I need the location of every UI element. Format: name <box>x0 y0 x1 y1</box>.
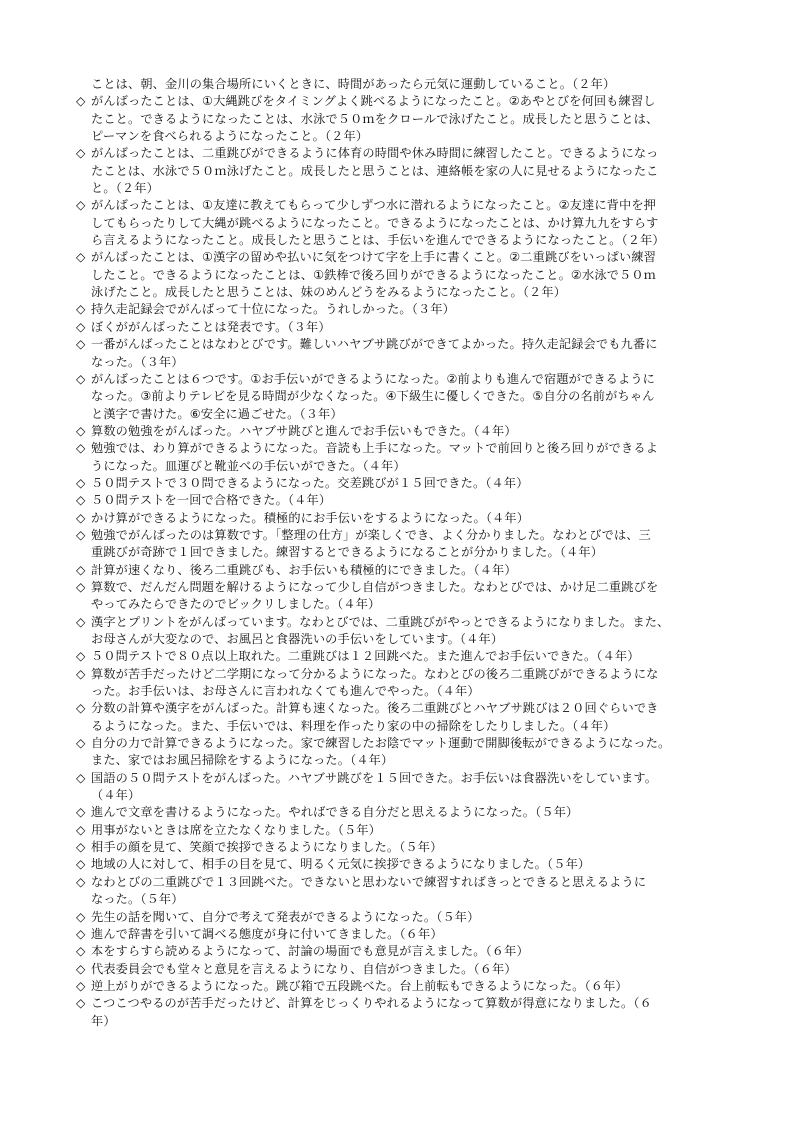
list-item-first-line: ◇一番がんばったことはなわとびです。難しいハヤブサ跳びができてよかった。持久走記… <box>76 336 726 353</box>
list-item-first-line: ◇用事がないときは席を立たなくなりました。（５年） <box>76 822 726 839</box>
list-item-text: 漢字とプリントをがんばっています。なわとびでは、二重跳びがやっとできるようになり… <box>91 615 669 629</box>
list-item: ◇相手の顔を見て、笑顔で挨拶できるようになりました。（５年） <box>76 839 726 856</box>
diamond-bullet-icon: ◇ <box>76 319 91 336</box>
list-item-first-line: ◇先生の話を聞いて、自分で考えて発表ができるようになった。（５年） <box>76 909 726 926</box>
list-item-text: 逆上がりができるようになった。跳び箱で五段跳べた。台上前転もできるようになった。… <box>91 979 628 993</box>
list-item-continuation: また、家ではお風呂掃除をするようになった。（４年） <box>76 752 726 769</box>
list-item-continuation: 泳げたこと。成長したと思うことは、妹のめんどうをみるようになったこと。（２年） <box>76 284 726 301</box>
diamond-bullet-icon: ◇ <box>76 926 91 943</box>
list-item-text: 相手の顔を見て、笑顔で挨拶できるようになりました。（５年） <box>91 840 442 854</box>
list-item-first-line: ◇分数の計算や漢字をがんばった。計算も速くなった。後ろ二重跳びとハヤブサ跳びは２… <box>76 700 726 717</box>
list-item-continuation: （４年） <box>76 787 726 804</box>
list-item-continuation: したこと。できるようになったことは、①鉄棒で後ろ回りができるようになったこと。②… <box>76 267 726 284</box>
list-item-first-line: ◇国語の５０問テストをがんばった。ハヤブサ跳びを１５回できた。お手伝いは食器洗い… <box>76 770 726 787</box>
document-page: ことは、朝、金川の集合場所にいくときに、時間があったら元気に運動していること。（… <box>76 76 726 1030</box>
list-item-text: がんばったことは、①大縄跳びをタイミングよく跳べるようになったこと。②あやとびを… <box>91 94 656 108</box>
list-item-text: 国語の５０問テストをがんばった。ハヤブサ跳びを１５回できた。お手伝いは食器洗いを… <box>91 771 657 785</box>
list-item-first-line: ◇代表委員会でも堂々と意見を言えるようになり、自信がつきました。（６年） <box>76 961 726 978</box>
list-item-first-line: ◇がんばったことは、①大縄跳びをタイミングよく跳べるようになったこと。②あやとび… <box>76 93 726 110</box>
list-item-first-line: ◇本をすらすら読めるようになって、討論の場面でも意見が言えました。（６年） <box>76 943 726 960</box>
list-item-continuation: ピーマンを食べられるようになったこと。（２年） <box>76 128 726 145</box>
list-item: ◇勉強でがんばったのは算数です。「整理の仕方」が楽しくでき、よく分かりました。な… <box>76 527 726 562</box>
list-item-first-line: ◇算数の勉強をがんばった。ハヤブサ跳びと進んでお手伝いもできた。（４年） <box>76 423 726 440</box>
list-item-first-line: ◇計算が速くなり、後ろ二重跳びも、お手伝いも積極的にできました。（４年） <box>76 562 726 579</box>
list-item: ◇逆上がりができるようになった。跳び箱で五段跳べた。台上前転もできるようになった… <box>76 978 726 995</box>
list-item-text: 地域の人に対して、相手の目を見て、明るく元気に挨拶できるようになりました。（５年… <box>91 857 590 871</box>
list-item-text: がんばったことは、①漢字の留めや払いに気をつけて字を上手に書くこと。②二重跳びを… <box>91 250 656 264</box>
list-item-first-line: ◇５０問テストで３０問できるようになった。交差跳びが１５回できた。（４年） <box>76 475 726 492</box>
list-item-first-line: ◇ぼくががんばったことは発表です。（３年） <box>76 319 726 336</box>
diamond-bullet-icon: ◇ <box>76 510 91 527</box>
list-item-text: ５０問テストで８０点以上取れた。二重跳びは１２回跳べた。また進んでお手伝いできた… <box>91 649 640 663</box>
list-item-text: 本をすらすら読めるようになって、討論の場面でも意見が言えました。（６年） <box>91 944 529 958</box>
list-item-text: 一番がんばったことはなわとびです。難しいハヤブサ跳びができてよかった。持久走記録… <box>91 337 658 351</box>
list-item: ◇計算が速くなり、後ろ二重跳びも、お手伝いも積極的にできました。（４年） <box>76 562 726 579</box>
diamond-bullet-icon: ◇ <box>76 527 91 544</box>
list-item-continuation: ら言えるようになったこと。成長したと思うことは、手伝いを進んでできるようになった… <box>76 232 726 249</box>
list-item-continuation: たことは、水泳で５０ｍ泳げたこと。成長したと思うことは、連絡帳を家の人に見せるよ… <box>76 163 726 180</box>
diamond-bullet-icon: ◇ <box>76 336 91 353</box>
list-item-first-line: ◇がんばったことは６つです。①お手伝いができるようになった。②前よりも進んで宿題… <box>76 371 726 388</box>
list-item-text: かけ算ができるようになった。積極的にお手伝いをするようになった。（４年） <box>91 511 529 525</box>
list-item: ◇一番がんばったことはなわとびです。難しいハヤブサ跳びができてよかった。持久走記… <box>76 336 726 371</box>
list-item-first-line: ◇逆上がりができるようになった。跳び箱で五段跳べた。台上前転もできるようになった… <box>76 978 726 995</box>
list-item-continuation: るようになった。また、手伝いでは、料理を作ったり家の中の掃除をしたりしました。（… <box>76 718 726 735</box>
list-item: ◇地域の人に対して、相手の目を見て、明るく元気に挨拶できるようになりました。（５… <box>76 856 726 873</box>
list-item-first-line: ◇勉強でがんばったのは算数です。「整理の仕方」が楽しくでき、よく分かりました。な… <box>76 527 726 544</box>
list-item-continuation: った。お手伝いは、お母さんに言われなくても進んでやった。（４年） <box>76 683 726 700</box>
list-item-continuation: なった。（５年） <box>76 891 726 908</box>
diamond-bullet-icon: ◇ <box>76 197 91 214</box>
list-item: ◇がんばったことは、①漢字の留めや払いに気をつけて字を上手に書くこと。②二重跳び… <box>76 249 726 301</box>
list-item-continuation: してもらったりして大縄が跳べるようになったこと。できるようになったことは、かけ算… <box>76 215 726 232</box>
list-item: ◇自分の力で計算できるようになった。家で練習したお陰でマット運動で開脚後転ができ… <box>76 735 726 770</box>
diamond-bullet-icon: ◇ <box>76 943 91 960</box>
diamond-bullet-icon: ◇ <box>76 822 91 839</box>
diamond-bullet-icon: ◇ <box>76 93 91 110</box>
list-item: ◇がんばったことは、①友達に教えてもらって少しずつ水に潜れるようになったこと。②… <box>76 197 726 249</box>
list-item-text: 勉強でがんばったのは算数です。「整理の仕方」が楽しくでき、よく分かりました。なわ… <box>91 528 651 542</box>
diamond-bullet-icon: ◇ <box>76 856 91 873</box>
list-item-text: 勉強では、わり算ができるようになった。音読も上手になった。マットで前回りと後ろ回… <box>91 441 658 455</box>
list-item-continuation: お母さんが大変なので、お風呂と食器洗いの手伝いをしています。（４年） <box>76 631 726 648</box>
list-item-text: がんばったことは６つです。①お手伝いができるようになった。②前よりも進んで宿題が… <box>91 372 655 386</box>
list-item-first-line: ◇勉強では、わり算ができるようになった。音読も上手になった。マットで前回りと後ろ… <box>76 440 726 457</box>
list-item: ◇持久走記録会でがんばって十位になった。うれしかった。（３年） <box>76 301 726 318</box>
list-item-first-line: ◇がんばったことは、二重跳びができるように体育の時間や休み時間に練習したこと。で… <box>76 145 726 162</box>
list-item: ◇国語の５０問テストをがんばった。ハヤブサ跳びを１５回できた。お手伝いは食器洗い… <box>76 770 726 805</box>
diamond-bullet-icon: ◇ <box>76 440 91 457</box>
list-item: ◇かけ算ができるようになった。積極的にお手伝いをするようになった。（４年） <box>76 510 726 527</box>
list-item-text: ぼくががんばったことは発表です。（３年） <box>91 320 331 334</box>
list-item-text: 算数で、だんだん問題を解けるようになって少し自信がつきました。なわとびでは、かけ… <box>91 580 658 594</box>
carryover-line: ことは、朝、金川の集合場所にいくときに、時間があったら元気に運動していること。（… <box>76 76 726 93</box>
list-item: ◇５０問テストで３０問できるようになった。交差跳びが１５回できた。（４年） <box>76 475 726 492</box>
list-item-first-line: ◇算数が苦手だったけど二学期になって分かるようになった。なわとびの後ろ二重跳びが… <box>76 666 726 683</box>
diamond-bullet-icon: ◇ <box>76 770 91 787</box>
list-item-text: 進んで辞書を引いて調べる態度が身に付いてきました。（６年） <box>91 927 443 941</box>
list-item: ◇算数で、だんだん問題を解けるようになって少し自信がつきました。なわとびでは、か… <box>76 579 726 614</box>
diamond-bullet-icon: ◇ <box>76 648 91 665</box>
list-item-first-line: ◇漢字とプリントをがんばっています。なわとびでは、二重跳びがやっとできるようにな… <box>76 614 726 631</box>
list-item-first-line: ◇相手の顔を見て、笑顔で挨拶できるようになりました。（５年） <box>76 839 726 856</box>
list-item: ◇がんばったことは、二重跳びができるように体育の時間や休み時間に練習したこと。で… <box>76 145 726 197</box>
list-item: ◇ぼくががんばったことは発表です。（３年） <box>76 319 726 336</box>
diamond-bullet-icon: ◇ <box>76 371 91 388</box>
list-item-text: 持久走記録会でがんばって十位になった。うれしかった。（３年） <box>91 302 455 316</box>
list-item-first-line: ◇自分の力で計算できるようになった。家で練習したお陰でマット運動で開脚後転ができ… <box>76 735 726 752</box>
diamond-bullet-icon: ◇ <box>76 301 91 318</box>
list-item-text: 先生の話を聞いて、自分で考えて発表ができるようになった。（５年） <box>91 910 479 924</box>
list-item-text: ５０問テストを一回で合格できた。（４年） <box>91 493 331 507</box>
diamond-bullet-icon: ◇ <box>76 475 91 492</box>
diamond-bullet-icon: ◇ <box>76 874 91 891</box>
list-item: ◇進んで文章を書けるようになった。やればできる自分だと思えるようになった。（５年… <box>76 804 726 821</box>
list-item-first-line: ◇かけ算ができるようになった。積極的にお手伝いをするようになった。（４年） <box>76 510 726 527</box>
list-item-continuation: 年） <box>76 1013 726 1030</box>
diamond-bullet-icon: ◇ <box>76 909 91 926</box>
list-item: ◇こつこつやるのが苦手だったけど、計算をじっくりやれるようになって算数が得意にな… <box>76 995 726 1030</box>
list-item: ◇５０問テストを一回で合格できた。（４年） <box>76 492 726 509</box>
list-item-continuation: たこと。できるようになったことは、水泳で５０ｍをクロールで泳げたこと。成長したと… <box>76 111 726 128</box>
list-item-text: 代表委員会でも堂々と意見を言えるようになり、自信がつきました。（６年） <box>91 962 517 976</box>
list-item-continuation: やってみたらできたのでビックリしました。（４年） <box>76 596 726 613</box>
diamond-bullet-icon: ◇ <box>76 995 91 1012</box>
list-item-continuation: なった。③前よりテレビを見る時間が少なくなった。④下級生に優しくできた。⑤自分の… <box>76 388 726 405</box>
list-item: ◇進んで辞書を引いて調べる態度が身に付いてきました。（６年） <box>76 926 726 943</box>
list-item-continuation: 重跳びが奇跡で１回できました。練習するとできるようになることが分かりました。（４… <box>76 544 726 561</box>
list-item-first-line: ◇こつこつやるのが苦手だったけど、計算をじっくりやれるようになって算数が得意にな… <box>76 995 726 1012</box>
list-item: ◇代表委員会でも堂々と意見を言えるようになり、自信がつきました。（６年） <box>76 961 726 978</box>
diamond-bullet-icon: ◇ <box>76 145 91 162</box>
list-item: ◇がんばったことは６つです。①お手伝いができるようになった。②前よりも進んで宿題… <box>76 371 726 423</box>
list-item-text: 分数の計算や漢字をがんばった。計算も速くなった。後ろ二重跳びとハヤブサ跳びは２０… <box>91 701 659 715</box>
list-item: ◇算数の勉強をがんばった。ハヤブサ跳びと進んでお手伝いもできた。（４年） <box>76 423 726 440</box>
list-item-first-line: ◇地域の人に対して、相手の目を見て、明るく元気に挨拶できるようになりました。（５… <box>76 856 726 873</box>
list-item: ◇本をすらすら読めるようになって、討論の場面でも意見が言えました。（６年） <box>76 943 726 960</box>
list-item: ◇勉強では、わり算ができるようになった。音読も上手になった。マットで前回りと後ろ… <box>76 440 726 475</box>
list-item-first-line: ◇算数で、だんだん問題を解けるようになって少し自信がつきました。なわとびでは、か… <box>76 579 726 596</box>
list-item-first-line: ◇５０問テストで８０点以上取れた。二重跳びは１２回跳べた。また進んでお手伝いでき… <box>76 648 726 665</box>
list-item-text: 進んで文章を書けるようになった。やればできる自分だと思えるようになった。（５年） <box>91 805 578 819</box>
list-item-text: がんばったことは、二重跳びができるように体育の時間や休み時間に練習したこと。でき… <box>91 146 659 160</box>
list-item-text: 算数の勉強をがんばった。ハヤブサ跳びと進んでお手伝いもできた。（４年） <box>91 424 517 438</box>
diamond-bullet-icon: ◇ <box>76 579 91 596</box>
list-item: ◇がんばったことは、①大縄跳びをタイミングよく跳べるようになったこと。②あやとび… <box>76 93 726 145</box>
list-item-text: がんばったことは、①友達に教えてもらって少しずつ水に潜れるようになったこと。②友… <box>91 198 656 212</box>
list-item-continuation: と。（２年） <box>76 180 726 197</box>
list-item-first-line: ◇がんばったことは、①友達に教えてもらって少しずつ水に潜れるようになったこと。②… <box>76 197 726 214</box>
list-item: ◇５０問テストで８０点以上取れた。二重跳びは１２回跳べた。また進んでお手伝いでき… <box>76 648 726 665</box>
diamond-bullet-icon: ◇ <box>76 492 91 509</box>
list-item-text: 自分の力で計算できるようになった。家で練習したお陰でマット運動で開脚後転ができる… <box>91 736 670 750</box>
diamond-bullet-icon: ◇ <box>76 735 91 752</box>
list-item: ◇用事がないときは席を立たなくなりました。（５年） <box>76 822 726 839</box>
list-item: ◇先生の話を聞いて、自分で考えて発表ができるようになった。（５年） <box>76 909 726 926</box>
list-item: ◇なわとびの二重跳びで１３回跳べた。できないと思わないで練習すればきっとできると… <box>76 874 726 909</box>
list-item-continuation: と漢字で書けた。⑥安全に過ごせた。（３年） <box>76 406 726 423</box>
list-item-first-line: ◇進んで文章を書けるようになった。やればできる自分だと思えるようになった。（５年… <box>76 804 726 821</box>
diamond-bullet-icon: ◇ <box>76 423 91 440</box>
list-item-first-line: ◇がんばったことは、①漢字の留めや払いに気をつけて字を上手に書くこと。②二重跳び… <box>76 249 726 266</box>
diamond-bullet-icon: ◇ <box>76 804 91 821</box>
list-item: ◇漢字とプリントをがんばっています。なわとびでは、二重跳びがやっとできるようにな… <box>76 614 726 649</box>
list-item-first-line: ◇持久走記録会でがんばって十位になった。うれしかった。（３年） <box>76 301 726 318</box>
list-item-continuation: なった。（３年） <box>76 354 726 371</box>
diamond-bullet-icon: ◇ <box>76 562 91 579</box>
list-item-text: こつこつやるのが苦手だったけど、計算をじっくりやれるようになって算数が得意になり… <box>91 996 652 1010</box>
diamond-bullet-icon: ◇ <box>76 249 91 266</box>
list-item-first-line: ◇５０問テストを一回で合格できた。（４年） <box>76 492 726 509</box>
list-item-text: ５０問テストで３０問できるようになった。交差跳びが１５回できた。（４年） <box>91 476 529 490</box>
list-item-continuation: うになった。皿運びと靴並べの手伝いができた。（４年） <box>76 458 726 475</box>
diamond-bullet-icon: ◇ <box>76 961 91 978</box>
list-item-text: 計算が速くなり、後ろ二重跳びも、お手伝いも積極的にできました。（４年） <box>91 563 517 577</box>
list-item-text: 用事がないときは席を立たなくなりました。（５年） <box>91 823 381 837</box>
list-item-first-line: ◇進んで辞書を引いて調べる態度が身に付いてきました。（６年） <box>76 926 726 943</box>
list-item: ◇分数の計算や漢字をがんばった。計算も速くなった。後ろ二重跳びとハヤブサ跳びは２… <box>76 700 726 735</box>
diamond-bullet-icon: ◇ <box>76 614 91 631</box>
list-item-text: なわとびの二重跳びで１３回跳べた。できないと思わないで練習すればきっとできると思… <box>91 875 646 889</box>
diamond-bullet-icon: ◇ <box>76 978 91 995</box>
list-item-text: 算数が苦手だったけど二学期になって分かるようになった。なわとびの後ろ二重跳びがで… <box>91 667 659 681</box>
list-item: ◇算数が苦手だったけど二学期になって分かるようになった。なわとびの後ろ二重跳びが… <box>76 666 726 701</box>
diamond-bullet-icon: ◇ <box>76 666 91 683</box>
list-item-first-line: ◇なわとびの二重跳びで１３回跳べた。できないと思わないで練習すればきっとできると… <box>76 874 726 891</box>
diamond-bullet-icon: ◇ <box>76 839 91 856</box>
diamond-bullet-icon: ◇ <box>76 700 91 717</box>
